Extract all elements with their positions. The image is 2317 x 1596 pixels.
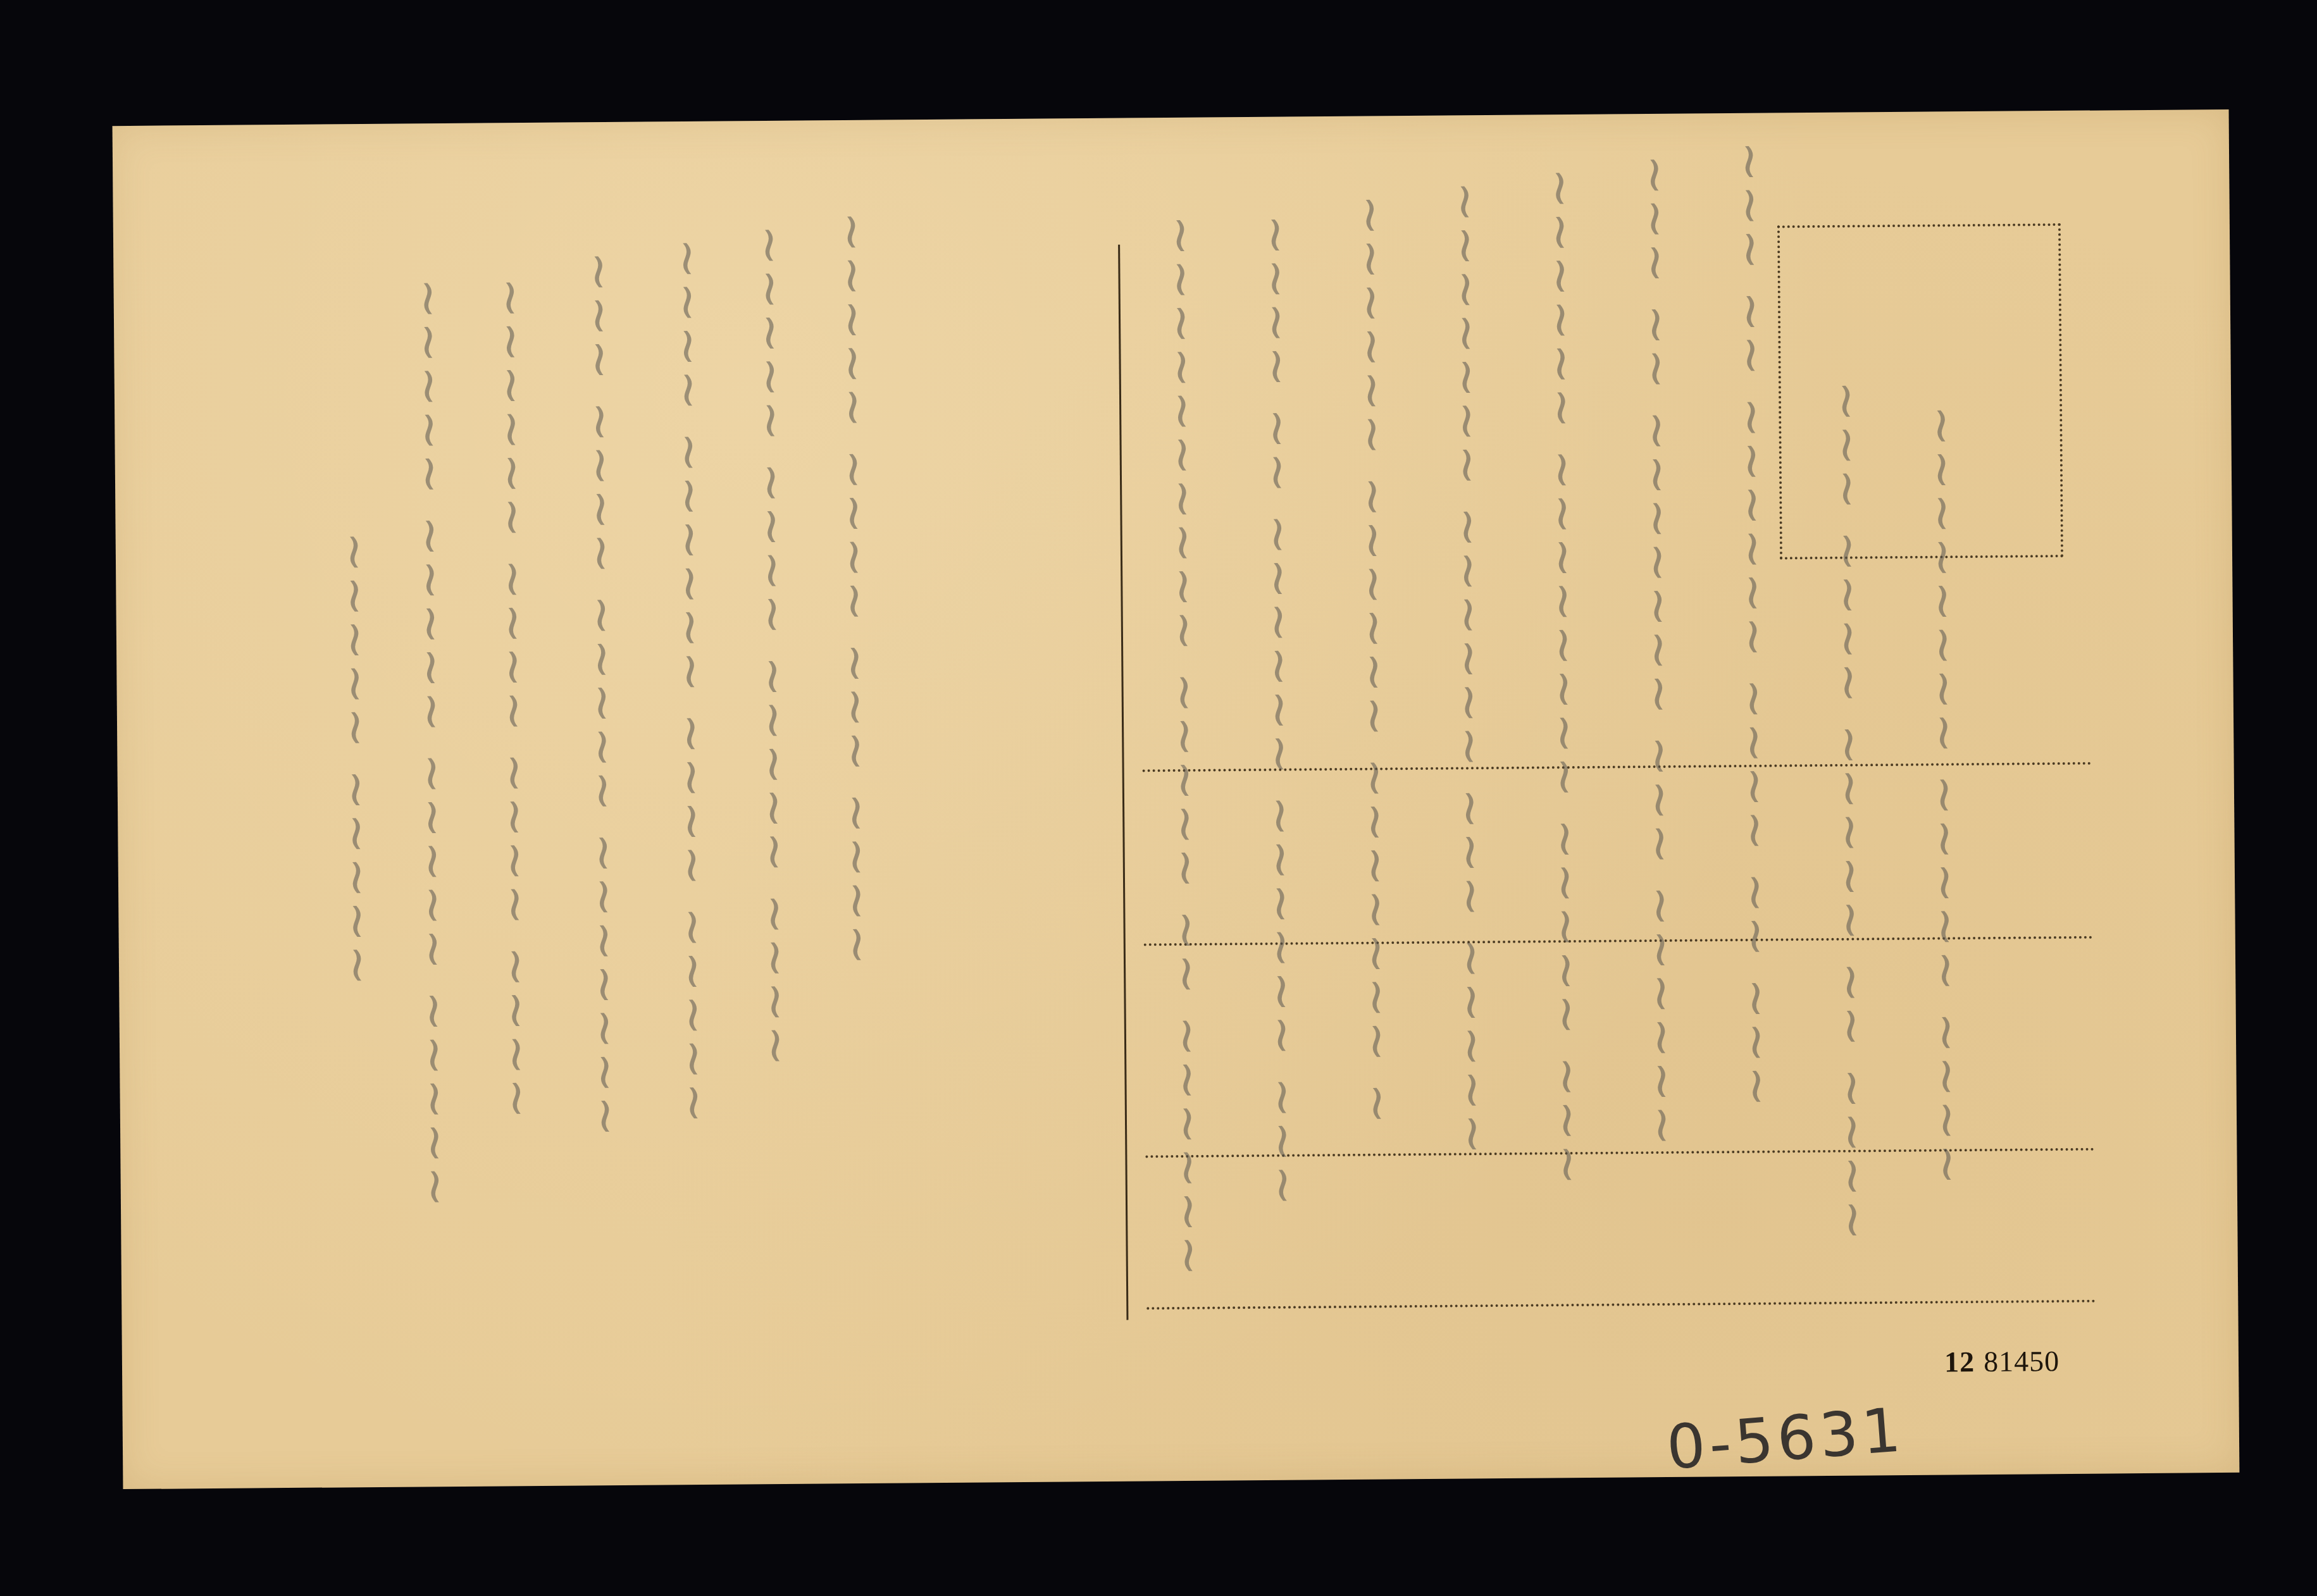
handwritten-address-line: ~ ~~~~~~~ ~~~~~~ ~~~~~~ xyxy=(1340,192,1405,1124)
handwritten-address-line: ~~~~ ~~~~~ ~~~~~~~~ xyxy=(1911,402,1975,1185)
handwritten-line: ~~~~ ~~~ ~~~~ ~~~~~ xyxy=(822,209,885,966)
handwritten-line: ~~~~~ ~~~~~ ~~~~~ ~~~~~ xyxy=(398,275,463,1208)
handwritten-line: ~~~~ ~~~~ ~~~~ ~~~~~~ xyxy=(480,275,544,1119)
serial-prefix: 12 xyxy=(1944,1345,1975,1378)
handwritten-address-line: ~~~ ~~~~~ ~~~~~~~~ ~~~~~~ xyxy=(1530,165,1595,1185)
handwritten-address-line: ~~~~ ~~ ~~~~~ ~~~~ ~~~ xyxy=(1817,378,1880,1240)
handwritten-line: ~~~~~~~ ~~~~~ ~~~~ ~~~ xyxy=(569,249,633,1137)
archive-annotation: 0-5631 xyxy=(1664,1394,1907,1483)
address-line-4 xyxy=(1146,1300,2096,1310)
handwritten-greeting: ~~~~~ ~~~~~ xyxy=(325,529,385,986)
handwritten-address-line: ~~~ ~~~~~~ ~~~~~~ ~~ ~~~~ xyxy=(1246,211,1310,1206)
handwritten-line: ~~~~ ~~~~~ ~~~~ ~~~~~ xyxy=(740,222,803,1067)
printed-serial-number: 1281450 xyxy=(1944,1344,2059,1378)
handwritten-address-line: ~~~~~~ ~~~ ~~~~~~~ ~~ ~~~ xyxy=(1625,152,1689,1146)
handwritten-address-line: ~~~~~~ ~~ ~~~~~ ~~~~~~~~~~ xyxy=(1151,213,1216,1277)
handwritten-line: ~~~~~ ~~~~ ~~~~~~ ~~~~ xyxy=(657,235,721,1124)
serial-number: 81450 xyxy=(1984,1345,2059,1378)
center-divider-line xyxy=(1118,245,1128,1320)
handwritten-address-line: ~~~~~ ~~~ ~~~~~~ ~~~~~~~ xyxy=(1435,178,1500,1155)
handwritten-address-line: ~~~ ~~ ~~~~ ~~~~~~ ~~ ~~~ xyxy=(1720,139,1784,1108)
postcard: ~~~~~ ~~~~~ ~~~~~ ~~~~~ ~~~~~ ~~~~~ ~~~~… xyxy=(113,109,2240,1489)
